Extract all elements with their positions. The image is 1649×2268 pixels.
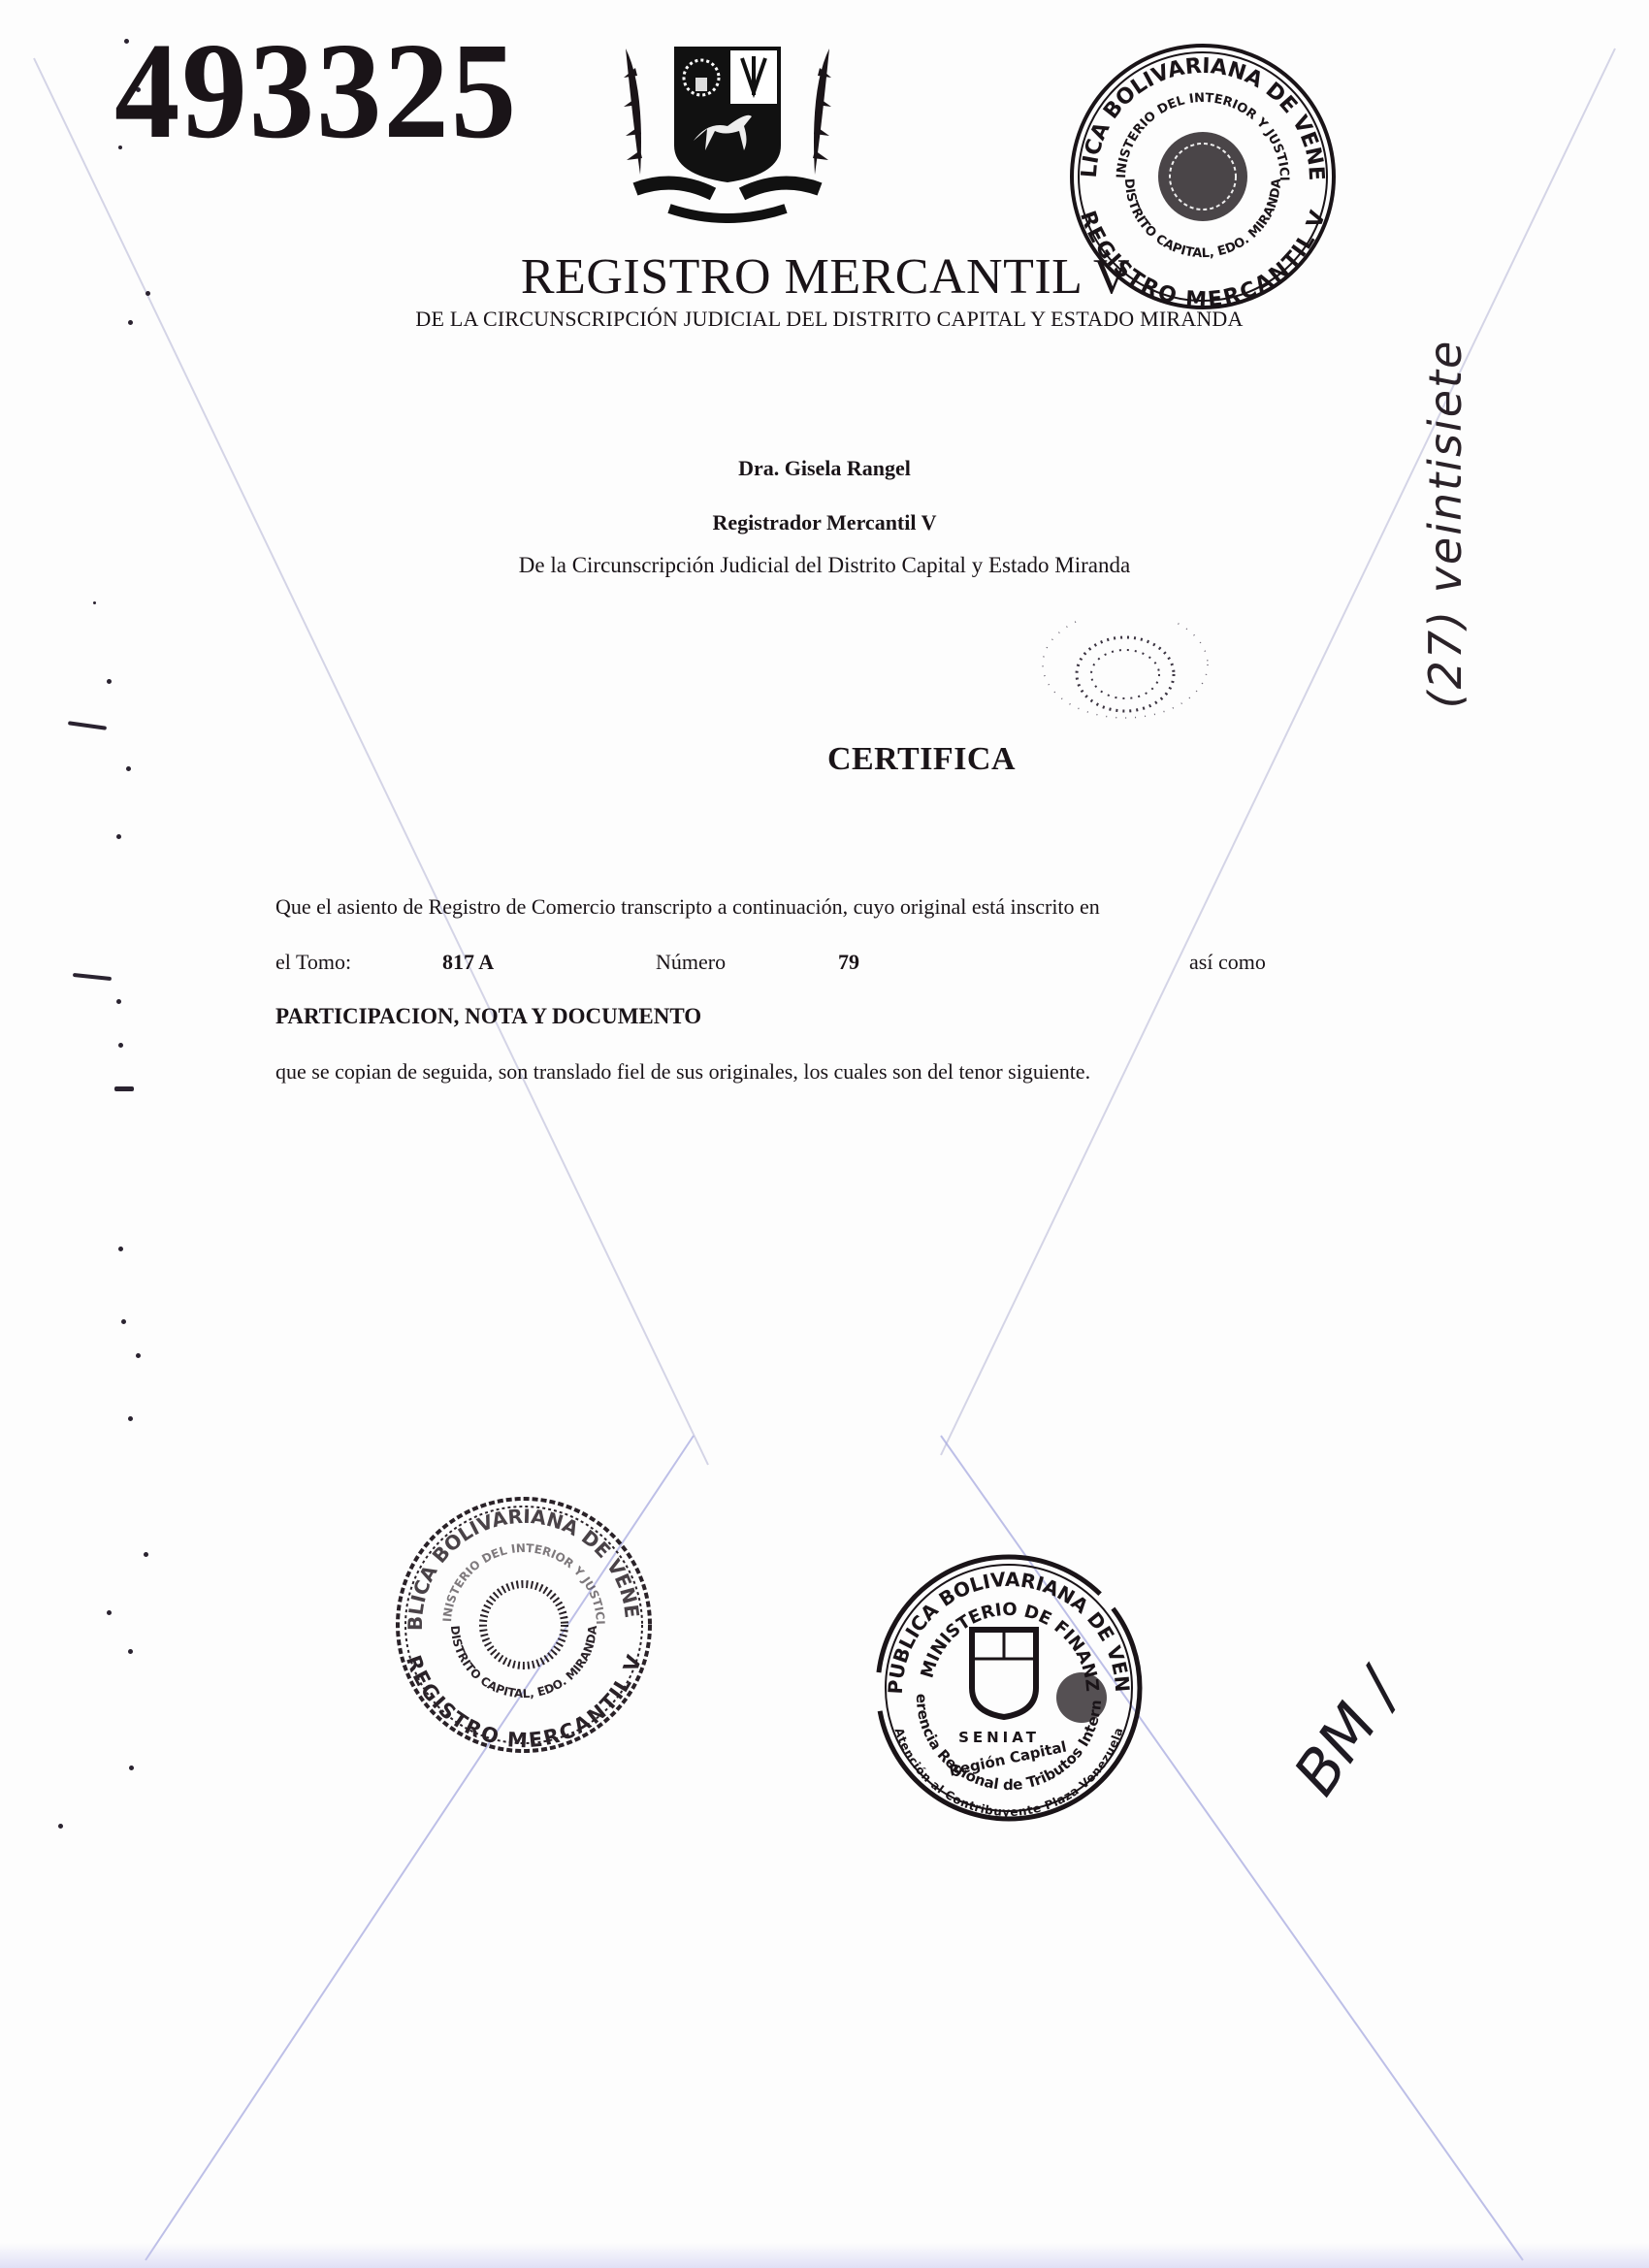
coat-of-arms-icon — [616, 29, 839, 223]
svg-text:SENIAT: SENIAT — [958, 1729, 1040, 1746]
scan-edge — [0, 2243, 1649, 2268]
page-title: REGISTRO MERCANTIL V — [0, 248, 1649, 306]
numero-value: 79 — [838, 950, 859, 975]
closing-paragraph: que se copian de seguida, son translado … — [275, 1059, 1090, 1085]
document-type: PARTICIPACION, NOTA Y DOCUMENTO — [275, 1004, 701, 1029]
initials-text: BM / — [1279, 1659, 1413, 1808]
registrar-role: Registrador Mercantil V — [0, 510, 1649, 535]
handwritten-initials: BM / — [1271, 1649, 1445, 1804]
registrar-name: Dra. Gisela Rangel — [0, 456, 1649, 481]
certifica-heading: CERTIFICA — [0, 741, 1649, 778]
serial-number: 493325 — [114, 21, 518, 159]
registry-seal-stamp-icon: REPUBLICA BOLIVARIANA DE VENEZUELA MINIS… — [1057, 44, 1348, 310]
tomo-value: 817 A — [442, 950, 494, 975]
faint-seal-icon — [1038, 621, 1212, 728]
page-subtitle: DE LA CIRCUNSCRIPCIÓN JUDICIAL DEL DISTR… — [0, 307, 1649, 332]
intro-paragraph: Que el asiento de Registro de Comercio t… — [275, 894, 1100, 920]
asi-como-text: así como — [1189, 950, 1266, 975]
registry-seal-stamp-faded-icon: REPUBLICA BOLIVARIANA DE VENEZUELA MINIS… — [388, 1489, 660, 1761]
tomo-label: el Tomo: — [275, 950, 351, 975]
seniat-stamp-icon: REPUBLICA BOLIVARIANA DE VENEZUELA MINIS… — [863, 1552, 1154, 1824]
registrar-jurisdiction: De la Circunscripción Judicial del Distr… — [0, 553, 1649, 578]
numero-label: Número — [656, 950, 726, 975]
scan-fold-lines — [0, 0, 1649, 2268]
